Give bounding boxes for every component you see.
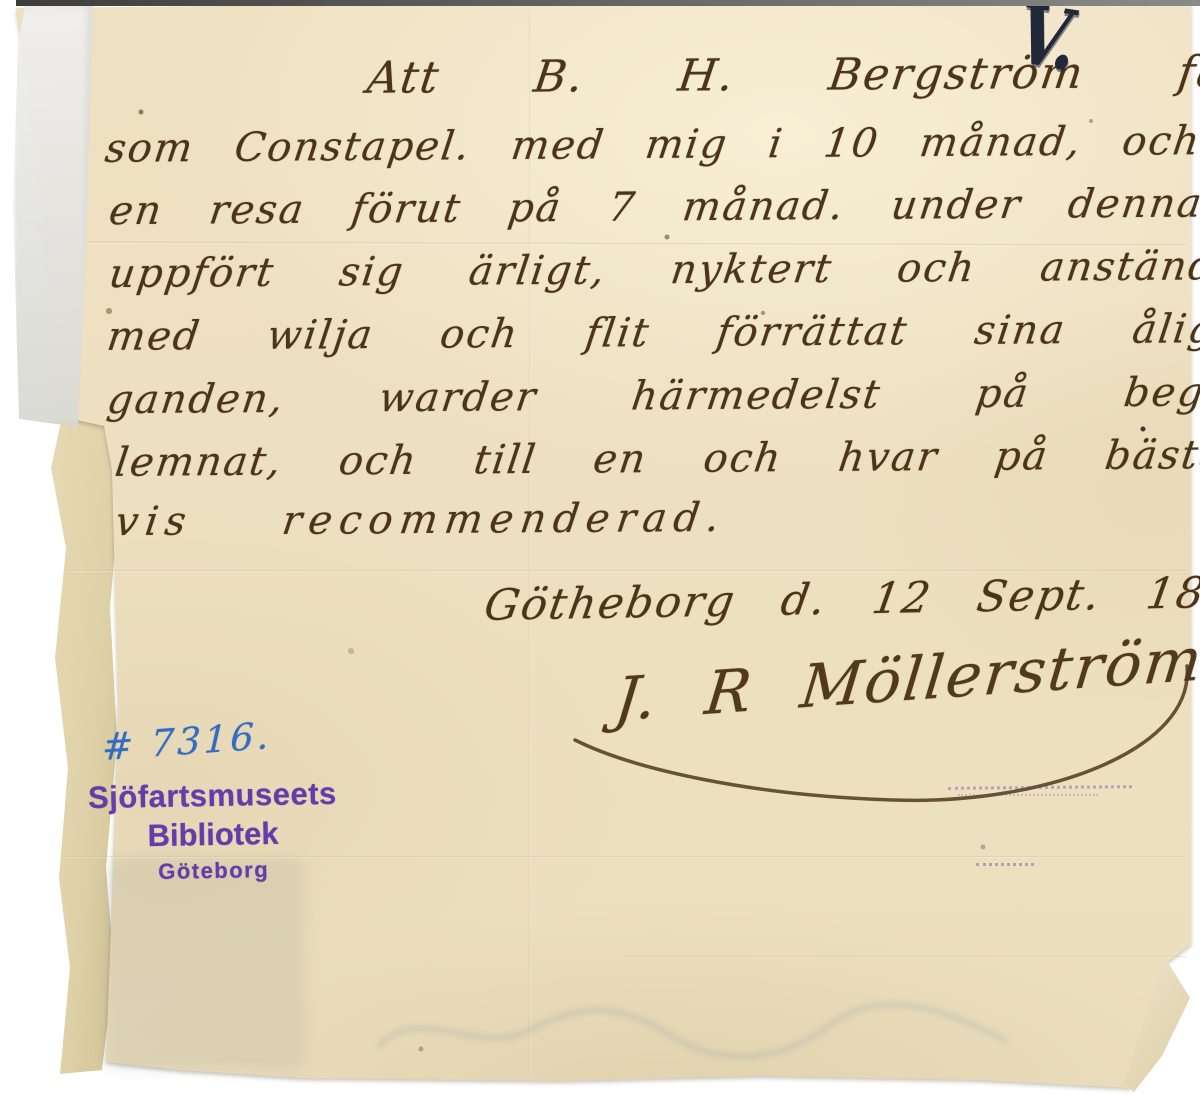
handwritten-line: lemnat, och till en och hvar på bästa — [112, 432, 1200, 486]
handwritten-line: som Constapel. med mig i 10 månad, och — [102, 118, 1200, 172]
faded-stamp-remnant — [976, 863, 1034, 866]
library-stamp: Sjöfartsmuseets Bibliotek Göteborg — [85, 776, 341, 886]
ink-specks — [0, 0, 2, 2]
handwritten-line: ganden, warder härmedelst på begäran — [104, 369, 1200, 423]
stamp-line-3: Göteborg — [86, 856, 340, 886]
scanner-edge-right — [1191, 0, 1200, 1095]
handwritten-line: uppfört sig ärligt, nyktert och anständi… — [106, 243, 1200, 297]
handwritten-line: en resa förut på 7 månad. under denna ti… — [106, 180, 1200, 234]
faded-stamp-remnant — [958, 794, 1098, 796]
scanner-edge-top — [16, 0, 1200, 6]
stamp-line-2: Bibliotek — [86, 815, 341, 855]
handwritten-line: med wilja och flit förrättat sina ålig- — [104, 306, 1200, 360]
handwritten-line: vis recommenderad. — [113, 495, 730, 545]
backing-shadow — [104, 858, 304, 1070]
faint-pencil-marks — [360, 985, 1060, 1075]
scanned-document: Att B. H. Bergström farit som Constapel.… — [0, 0, 1200, 1095]
stamp-line-1: Sjöfartsmuseets — [85, 776, 340, 816]
